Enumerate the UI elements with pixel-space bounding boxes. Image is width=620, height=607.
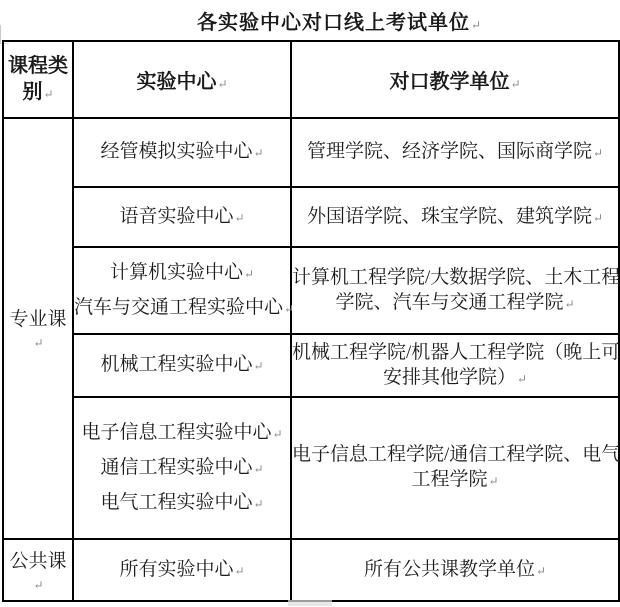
table-handle-artifact [288,600,332,606]
header-cell-center: 实验中心↵ [73,41,291,118]
unit-text: 安排其他学院） [383,367,516,388]
table-row: 机械工程实验中心↵ 机械工程学院/机器人工程学院（晚上可 安排其他学院）↵ [3,334,619,397]
center-text: 电子信息工程实验中心 [81,422,271,443]
center-cell: 语音实验中心↵ [73,187,291,247]
center-cell: 电子信息工程实验中心↵ 通信工程实验中心↵ 电气工程实验中心↵ [73,397,291,539]
unit-cell: 计算机工程学院/大数据学院、土木工程 学院、汽车与交通工程学院↵ [291,247,619,334]
document-page: 各实验中心对口线上考试单位↵ 课程类 别↵ 实验中心↵ 对口教学单位↵ 专业课↵… [0,0,620,607]
center-text: 电气工程实验中心 [100,492,252,513]
paragraph-mark-icon: ↵ [253,462,263,476]
header-category-line2: 别↵ [4,79,72,107]
table-row: 公共课↵ 所有实验中心↵ 所有公共课教学单位↵ [3,539,619,601]
paragraph-mark-icon: ↵ [234,564,244,578]
paragraph-mark-icon: ↵ [536,564,546,578]
center-text: 机械工程实验中心 [100,354,252,375]
paragraph-mark-icon: ↵ [488,474,498,488]
unit-text: 管理学院、经济学院、国际商学院 [307,141,592,162]
unit-cell: 电子信息工程学院/通信工程学院、电气 工程学院↵ [291,397,619,539]
table-row: 语音实验中心↵ 外国语学院、珠宝学院、建筑学院↵ [3,187,619,247]
unit-text: 学院、汽车与交通工程学院 [335,292,563,313]
paragraph-mark-icon: ↵ [43,87,53,101]
document-title: 各实验中心对口线上考试单位↵ [0,6,620,35]
header-unit-text: 对口教学单位 [389,71,509,93]
paragraph-mark-icon: ↵ [272,427,282,441]
unit-cell: 机械工程学院/机器人工程学院（晚上可 安排其他学院）↵ [291,334,619,397]
paragraph-mark-icon: ↵ [593,211,603,225]
table-row: 专业课↵ 经管模拟实验中心↵ 管理学院、经济学院、国际商学院↵ [3,118,619,187]
paragraph-mark-icon: ↵ [517,372,527,386]
document-title-text: 各实验中心对口线上考试单位 [197,12,470,34]
unit-text: 电子信息工程学院/通信工程学院、电气 [292,442,618,467]
center-text: 计算机实验中心 [110,262,243,283]
header-center-text: 实验中心 [136,71,216,93]
paragraph-mark-icon: ↵ [244,267,254,281]
unit-cell: 管理学院、经济学院、国际商学院↵ [291,118,619,187]
category-cell-major: 专业课↵ [3,118,73,539]
center-text: 汽车与交通工程实验中心 [74,297,283,318]
category-major-text: 专业课 [9,309,66,330]
center-cell: 所有实验中心↵ [73,539,291,601]
center-cell: 计算机实验中心↵ 汽车与交通工程实验中心↵ [73,247,291,334]
paragraph-mark-icon: ↵ [253,359,263,373]
center-text: 经管模拟实验中心 [100,141,252,162]
paragraph-mark-icon: ↵ [217,77,227,91]
center-cell: 经管模拟实验中心↵ [73,118,291,187]
table-row: 电子信息工程实验中心↵ 通信工程实验中心↵ 电气工程实验中心↵ 电子信息工程学院… [3,397,619,539]
table-row: 计算机实验中心↵ 汽车与交通工程实验中心↵ 计算机工程学院/大数据学院、土木工程… [3,247,619,334]
paragraph-mark-icon: ↵ [33,578,43,592]
unit-cell: 外国语学院、珠宝学院、建筑学院↵ [291,187,619,247]
header-category-line1: 课程类 [4,53,72,79]
center-cell: 机械工程实验中心↵ [73,334,291,397]
unit-text: 计算机工程学院/大数据学院、土木工程 [292,265,618,290]
center-text: 通信工程实验中心 [100,457,252,478]
paragraph-mark-icon: ↵ [33,336,43,350]
paragraph-mark-icon: ↵ [284,302,294,316]
paragraph-mark-icon: ↵ [253,146,263,160]
center-text: 语音实验中心 [119,206,233,227]
unit-text: 工程学院 [411,469,487,490]
table-header-row: 课程类 别↵ 实验中心↵ 对口教学单位↵ [3,41,619,118]
exam-units-table: 课程类 别↵ 实验中心↵ 对口教学单位↵ 专业课↵ 经管模拟实验中心↵ 管理学院… [2,40,620,602]
center-text: 所有实验中心 [119,559,233,580]
header-cell-unit: 对口教学单位↵ [291,41,619,118]
paragraph-mark-icon: ↵ [234,211,244,225]
category-cell-public: 公共课↵ [3,539,73,601]
unit-text: 所有公共课教学单位 [364,559,535,580]
header-cell-category: 课程类 别↵ [3,41,73,118]
unit-text: 外国语学院、珠宝学院、建筑学院 [307,206,592,227]
unit-text: 机械工程学院/机器人工程学院（晚上可 [292,340,618,365]
paragraph-mark-icon: ↵ [253,497,263,511]
category-public-text: 公共课 [9,551,66,572]
paragraph-mark-icon: ↵ [593,146,603,160]
paragraph-mark-icon: ↵ [471,18,481,32]
paragraph-mark-icon: ↵ [510,77,520,91]
paragraph-mark-icon: ↵ [564,297,574,311]
unit-cell: 所有公共课教学单位↵ [291,539,619,601]
header-category-line2-text: 别 [22,81,42,103]
